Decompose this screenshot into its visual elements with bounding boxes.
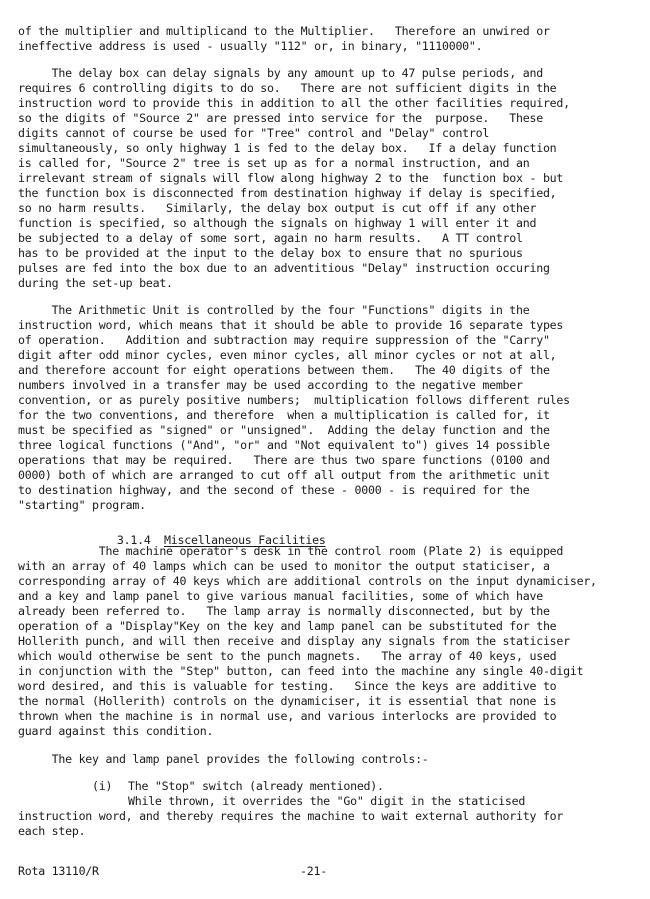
paragraph-line: for the two conventions, and therefore w… [18, 408, 550, 423]
paragraph-line: three logical functions ("And", "or" and… [18, 438, 550, 453]
paragraph-line: of operation. Addition and subtraction m… [18, 333, 550, 348]
paragraph-line: corresponding array of 40 keys which are… [18, 574, 597, 589]
paragraph-line: thrown when the machine is in normal use… [18, 709, 556, 724]
paragraph-line: The key and lamp panel provides the foll… [18, 752, 429, 767]
paragraph-line: be subjected to a delay of some sort, ag… [18, 231, 523, 246]
paragraph-line: operations that may be required. There a… [18, 453, 550, 468]
paragraph-line: the function box is disconnected from de… [18, 186, 556, 201]
paragraph-line: is called for, "Source 2" tree is set up… [18, 156, 529, 171]
paragraph-line: instruction word to provide this in addi… [18, 96, 570, 111]
list-item-line: instruction word, and thereby requires t… [18, 809, 563, 824]
paragraph-line: requires 6 controlling digits to do so. … [18, 81, 556, 96]
paragraph-line: of the multiplier and multiplicand to th… [18, 24, 550, 39]
page-number: -21- [300, 864, 327, 879]
list-item-title: The "Stop" switch (already mentioned). [128, 779, 384, 794]
paragraph-line: so no harm results. Similarly, the delay… [18, 201, 536, 216]
paragraph-line: during the set-up beat. [18, 276, 173, 291]
list-marker: (i) [92, 779, 112, 794]
paragraph-line: instruction word, which means that it sh… [18, 318, 563, 333]
document-reference: Rota 13110/R [18, 864, 99, 879]
paragraph-line: and a key and lamp panel to give various… [18, 589, 543, 604]
paragraph-line: digit after odd minor cycles, even minor… [18, 348, 556, 363]
paragraph-line: guard against this condition. [18, 724, 213, 739]
paragraph-line: so the digits of "Source 2" are pressed … [18, 111, 543, 126]
list-item-line: While thrown, it overrides the "Go" digi… [128, 794, 525, 809]
paragraph-line: ineffective address is used - usually "1… [18, 39, 482, 54]
paragraph-line: 0000) both of which are arranged to cut … [18, 468, 550, 483]
paragraph-line: The machine operator's desk in the contr… [18, 544, 563, 559]
document-page: of the multiplier and multiplicand to th… [0, 0, 650, 899]
paragraph-line: has to be provided at the input to the d… [18, 246, 523, 261]
paragraph-line: in conjunction with the "Step" button, c… [18, 664, 583, 679]
paragraph-line: The Arithmetic Unit is controlled by the… [18, 303, 529, 318]
paragraph-line: convention, or as purely positive number… [18, 393, 570, 408]
paragraph-line: word desired, and this is valuable for t… [18, 679, 556, 694]
paragraph-line: "starting" program. [18, 498, 146, 513]
paragraph-line: simultaneously, so only highway 1 is fed… [18, 141, 556, 156]
paragraph-line: irrelevant stream of signals will flow a… [18, 171, 563, 186]
paragraph-line: must be specified as "signed" or "unsign… [18, 423, 550, 438]
paragraph-line: numbers involved in a transfer may be us… [18, 378, 523, 393]
paragraph-line: with an array of 40 lamps which can be u… [18, 559, 550, 574]
list-item-line: each step. [18, 824, 85, 839]
paragraph-line: digits cannot of course be used for "Tre… [18, 126, 489, 141]
paragraph-line: the normal (Hollerith) controls on the d… [18, 694, 556, 709]
paragraph-line: which would otherwise be sent to the pun… [18, 649, 556, 664]
paragraph-line: operation of a "Display"Key on the key a… [18, 619, 556, 634]
paragraph-line: Hollerith punch, and will then receive a… [18, 634, 570, 649]
paragraph-line: to destination highway, and the second o… [18, 483, 529, 498]
paragraph-line: already been referred to. The lamp array… [18, 604, 550, 619]
paragraph-line: The delay box can delay signals by any a… [18, 66, 543, 81]
paragraph-line: and therefore account for eight operatio… [18, 363, 550, 378]
paragraph-line: function is specified, so although the s… [18, 216, 536, 231]
paragraph-line: pulses are fed into the box due to an ad… [18, 261, 550, 276]
